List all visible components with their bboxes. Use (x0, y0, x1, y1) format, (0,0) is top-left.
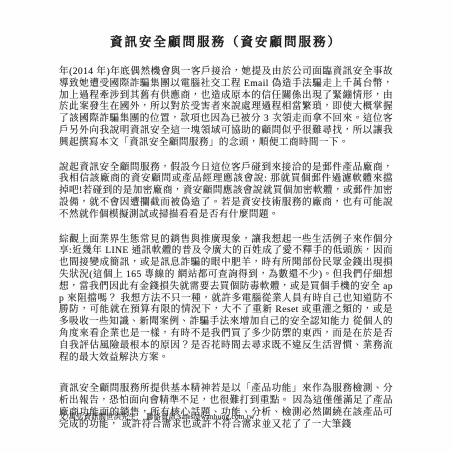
document-footer: 文/萬弘資訊閻世洪先生 聯絡資訊:sales@wanhung.com.tw (59, 412, 263, 422)
footer-contact-email: 聯絡資訊:sales@wanhung.com.tw (146, 413, 254, 421)
document-body: 年(2014 年)年底偶然機會與一客戶接洽，她提及由於公司面臨資訊安全事故導致她… (59, 66, 393, 431)
paragraph-service-spirit: 資訊安全顧問服務所提供基本精神若是以「產品功能」來作為服務檢測、分析出報告，恐怕… (59, 383, 393, 430)
paragraph-industry-observation: 綜觀上面業界生態常見的銷售與推廣現象，讓我想起一些生活例子來作個分享:近幾年 L… (59, 234, 393, 364)
paragraph-incident-story: 年(2014 年)年底偶然機會與一客戶接洽，她提及由於公司面臨資訊安全事故導致她… (59, 66, 393, 149)
paragraph-vendor-pitches: 說起資訊安全顧問服務，假設今日這位客戶碰到來接洽的是郵件產品廠商，我相信該廠商的… (59, 162, 393, 221)
document-title: 資訊安全顧問服務（資安顧問服務） (0, 0, 452, 50)
footer-author: 文/萬弘資訊閻世洪先生 (59, 413, 136, 421)
document-page: 資訊安全顧問服務（資安顧問服務） 年(2014 年)年底偶然機會與一客戶接洽，她… (0, 0, 452, 452)
